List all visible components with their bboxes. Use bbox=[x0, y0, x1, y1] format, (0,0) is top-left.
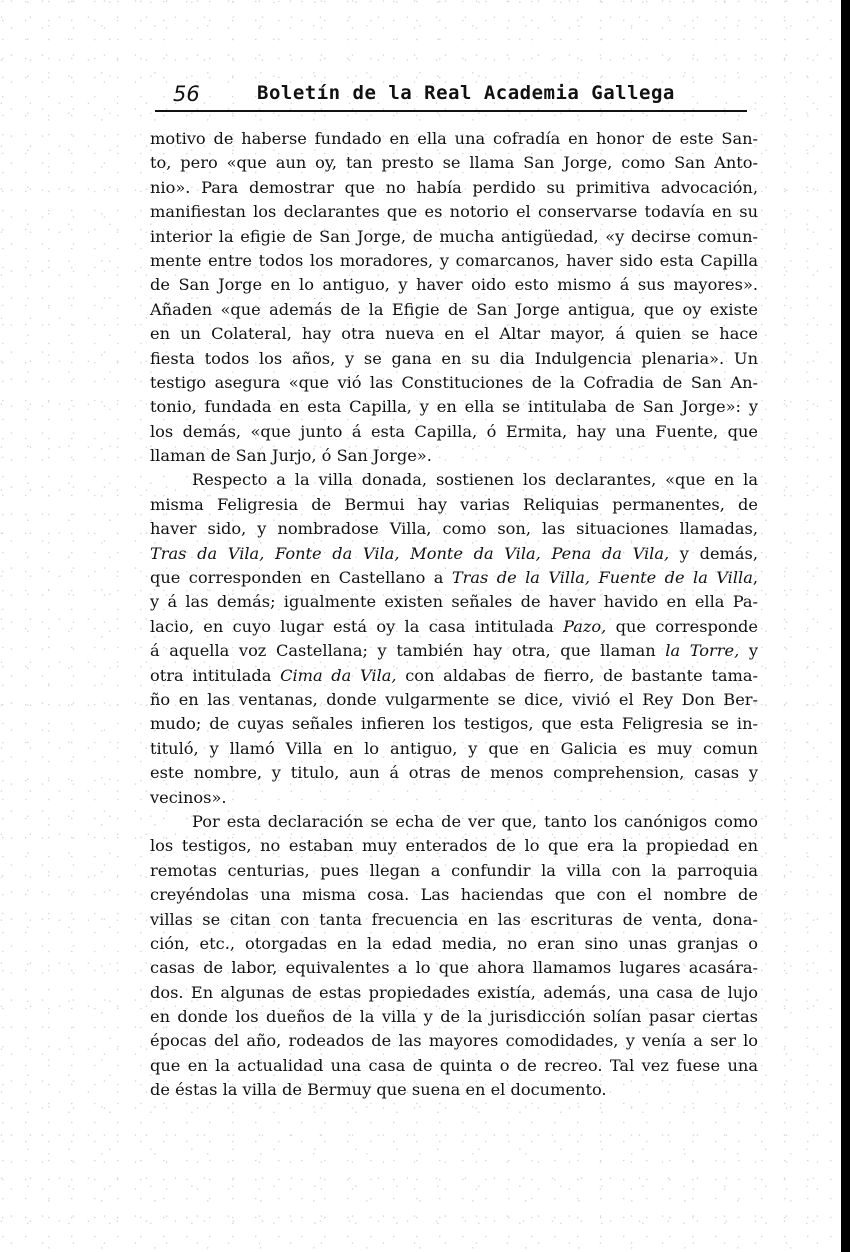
page-number: 56 bbox=[173, 82, 200, 106]
text-run: épocas del año, rodeados de las mayores … bbox=[150, 1031, 758, 1050]
italic-text: la Torre, bbox=[665, 641, 739, 660]
text-run: , bbox=[753, 568, 758, 587]
italic-text: Tras da Vila, Fonte da Vila, Monte da Vi… bbox=[150, 544, 669, 563]
text-run: en donde los dueños de la villa y de la … bbox=[150, 1007, 758, 1026]
text-run: lacio, en cuyo lugar está oy la casa int… bbox=[150, 617, 563, 636]
text-line: vecinos». bbox=[150, 786, 758, 810]
text-run: y bbox=[739, 641, 758, 660]
text-run: de San Jorge en lo antiguo, y haver oido… bbox=[150, 275, 758, 294]
text-run: fiesta todos los años, y se gana en su d… bbox=[150, 349, 758, 368]
page-header: 56 Boletín de la Real Academia Gallega bbox=[155, 78, 747, 112]
text-line: los testigos, no estaban muy enterados d… bbox=[150, 834, 758, 858]
text-run: manifiestan los declarantes que es notor… bbox=[150, 202, 758, 221]
text-line: tituló, y llamó Villa en lo antiguo, y q… bbox=[150, 737, 758, 761]
text-run: ción, etc., otorgadas en la edad media, … bbox=[150, 934, 758, 953]
text-run: los testigos, no estaban muy enterados d… bbox=[150, 836, 758, 855]
text-run: casas de labor, equivalentes a lo que ah… bbox=[150, 958, 758, 977]
text-line: nio». Para demostrar que no había perdid… bbox=[150, 176, 758, 200]
text-run: Añaden «que además de la Efigie de San J… bbox=[150, 300, 758, 319]
text-run: otra intitulada bbox=[150, 666, 280, 685]
paragraph: motivo de haberse fundado en ella una co… bbox=[150, 127, 758, 468]
text-run: Por esta declaración se echa de ver que,… bbox=[192, 812, 758, 831]
body-text: motivo de haberse fundado en ella una co… bbox=[150, 127, 758, 1103]
text-line: ño en las ventanas, donde vulgarmente se… bbox=[150, 688, 758, 712]
text-line: ción, etc., otorgadas en la edad media, … bbox=[150, 932, 758, 956]
text-line: á aquella voz Castellana; y también hay … bbox=[150, 639, 758, 663]
text-line: motivo de haberse fundado en ella una co… bbox=[150, 127, 758, 151]
text-line: Tras da Vila, Fonte da Vila, Monte da Vi… bbox=[150, 542, 758, 566]
text-run: y á las demás; igualmente existen señale… bbox=[150, 592, 758, 611]
text-line: que en la actualidad una casa de quinta … bbox=[150, 1054, 758, 1078]
text-run: y demás, bbox=[669, 544, 758, 563]
text-line: interior la efigie de San Jorge, de much… bbox=[150, 225, 758, 249]
text-line: creyéndolas una misma cosa. Las hacienda… bbox=[150, 883, 758, 907]
text-line: casas de labor, equivalentes a lo que ah… bbox=[150, 956, 758, 980]
text-run: ño en las ventanas, donde vulgarmente se… bbox=[150, 690, 758, 709]
text-run: vecinos». bbox=[150, 788, 227, 807]
text-run: que corresponde bbox=[606, 617, 758, 636]
text-run: interior la efigie de San Jorge, de much… bbox=[150, 227, 758, 246]
text-run: este nombre, y titulo, aun á otras de me… bbox=[150, 763, 758, 782]
scan-edge-shadow bbox=[841, 0, 850, 1252]
text-line: los demás, «que junto á esta Capilla, ó … bbox=[150, 420, 758, 444]
text-run: creyéndolas una misma cosa. Las hacienda… bbox=[150, 885, 758, 904]
text-run: de éstas la villa de Bermuy que suena en… bbox=[150, 1080, 607, 1099]
text-run: llaman de San Jurjo, ó San Jorge». bbox=[150, 446, 432, 465]
text-line: y á las demás; igualmente existen señale… bbox=[150, 590, 758, 614]
text-line: este nombre, y titulo, aun á otras de me… bbox=[150, 761, 758, 785]
text-run: que corresponden en Castellano a bbox=[150, 568, 452, 587]
text-line: misma Feligresia de Bermui hay varias Re… bbox=[150, 493, 758, 517]
italic-text: Pazo, bbox=[563, 617, 606, 636]
text-line: remotas centurias, pues llegan a confund… bbox=[150, 859, 758, 883]
text-run: dos. En algunas de estas propiedades exi… bbox=[150, 983, 758, 1002]
text-line: lacio, en cuyo lugar está oy la casa int… bbox=[150, 615, 758, 639]
text-run: Respecto a la villa donada, sostienen lo… bbox=[192, 470, 758, 489]
text-line: en un Colateral, hay otra nueva en el Al… bbox=[150, 322, 758, 346]
text-line: llaman de San Jurjo, ó San Jorge». bbox=[150, 444, 758, 468]
text-line: to, pero «que aun oy, tan presto se llam… bbox=[150, 151, 758, 175]
text-line: mudo; de cuyas señales infieren los test… bbox=[150, 712, 758, 736]
text-line: de San Jorge en lo antiguo, y haver oido… bbox=[150, 273, 758, 297]
text-run: villas se citan con tanta frecuencia en … bbox=[150, 910, 758, 929]
italic-text: Tras de la Villa, Fuente de la Villa bbox=[452, 568, 753, 587]
text-run: nio». Para demostrar que no había perdid… bbox=[150, 178, 758, 197]
text-run: misma Feligresia de Bermui hay varias Re… bbox=[150, 495, 758, 514]
text-line: Respecto a la villa donada, sostienen lo… bbox=[150, 468, 758, 492]
text-run: los demás, «que junto á esta Capilla, ó … bbox=[150, 422, 758, 441]
text-run: haver sido, y nombradose Villa, como son… bbox=[150, 519, 758, 538]
text-line: de éstas la villa de Bermuy que suena en… bbox=[150, 1078, 758, 1102]
paragraph: Respecto a la villa donada, sostienen lo… bbox=[150, 468, 758, 809]
text-line: testigo asegura «que vió las Constitucio… bbox=[150, 371, 758, 395]
text-line: épocas del año, rodeados de las mayores … bbox=[150, 1029, 758, 1053]
text-run: con aldabas de fierro, de bastante tama- bbox=[397, 666, 758, 685]
text-run: mente entre todos los moradores, y comar… bbox=[150, 251, 758, 270]
text-run: mudo; de cuyas señales infieren los test… bbox=[150, 714, 758, 733]
header-rule bbox=[155, 110, 747, 112]
text-run: remotas centurias, pues llegan a confund… bbox=[150, 861, 758, 880]
text-line: Añaden «que además de la Efigie de San J… bbox=[150, 298, 758, 322]
text-line: en donde los dueños de la villa y de la … bbox=[150, 1005, 758, 1029]
paragraph: Por esta declaración se echa de ver que,… bbox=[150, 810, 758, 1103]
text-run: to, pero «que aun oy, tan presto se llam… bbox=[150, 153, 758, 172]
running-title: Boletín de la Real Academia Gallega bbox=[257, 82, 675, 104]
italic-text: Cima da Vila, bbox=[280, 666, 397, 685]
text-line: manifiestan los declarantes que es notor… bbox=[150, 200, 758, 224]
text-run: á aquella voz Castellana; y también hay … bbox=[150, 641, 665, 660]
text-line: Por esta declaración se echa de ver que,… bbox=[150, 810, 758, 834]
text-line: villas se citan con tanta frecuencia en … bbox=[150, 908, 758, 932]
text-line: fiesta todos los años, y se gana en su d… bbox=[150, 347, 758, 371]
text-run: tituló, y llamó Villa en lo antiguo, y q… bbox=[150, 739, 758, 758]
text-run: tonio, fundada en esta Capilla, y en ell… bbox=[150, 397, 758, 416]
text-run: motivo de haberse fundado en ella una co… bbox=[150, 129, 758, 148]
text-line: haver sido, y nombradose Villa, como son… bbox=[150, 517, 758, 541]
text-run: en un Colateral, hay otra nueva en el Al… bbox=[150, 324, 758, 343]
text-run: que en la actualidad una casa de quinta … bbox=[150, 1056, 758, 1075]
text-line: mente entre todos los moradores, y comar… bbox=[150, 249, 758, 273]
text-line: otra intitulada Cima da Vila, con aldaba… bbox=[150, 664, 758, 688]
text-run: testigo asegura «que vió las Constitucio… bbox=[150, 373, 758, 392]
text-line: dos. En algunas de estas propiedades exi… bbox=[150, 981, 758, 1005]
text-line: que corresponden en Castellano a Tras de… bbox=[150, 566, 758, 590]
text-line: tonio, fundada en esta Capilla, y en ell… bbox=[150, 395, 758, 419]
